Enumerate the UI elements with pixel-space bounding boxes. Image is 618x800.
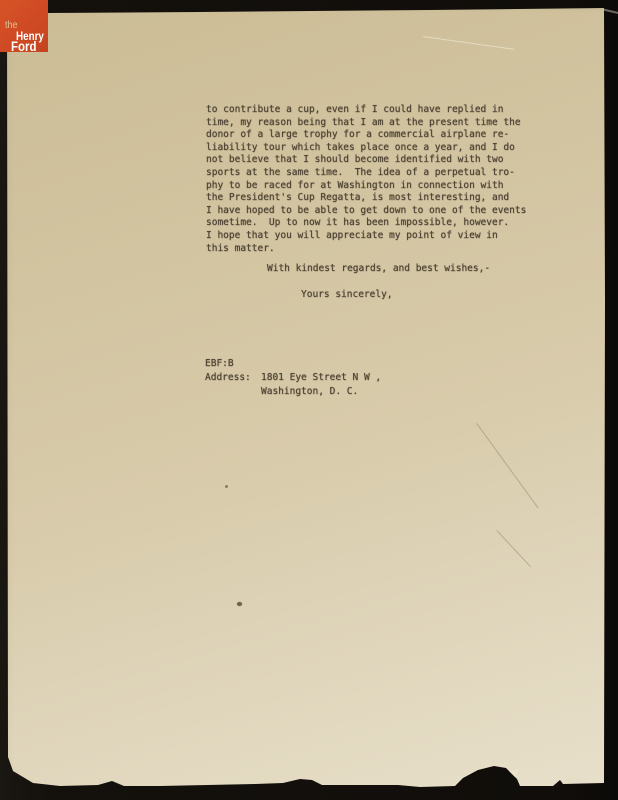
letter-closing-regards: With kindest regards, and best wishes,- bbox=[267, 263, 490, 276]
scanned-letter-view: to contribute a cup, even if I could hav… bbox=[0, 0, 618, 800]
address-city-line: Washington, D. C. bbox=[261, 386, 358, 399]
letter-signoff: Yours sincerely, bbox=[301, 289, 393, 302]
letter-paper: to contribute a cup, even if I could hav… bbox=[0, 0, 618, 800]
address-label: Address: bbox=[205, 372, 251, 385]
typist-reference-initials: EBF:B bbox=[205, 358, 234, 371]
address-street-line: 1801 Eye Street N W , bbox=[261, 372, 381, 385]
paper-speck bbox=[237, 602, 242, 606]
paper-speck bbox=[225, 485, 228, 488]
logo-text-ford: Ford bbox=[11, 39, 37, 52]
henry-ford-archive-logo: the Henry Ford bbox=[0, 0, 48, 52]
letter-body-paragraph: to contribute a cup, even if I could hav… bbox=[206, 104, 526, 255]
